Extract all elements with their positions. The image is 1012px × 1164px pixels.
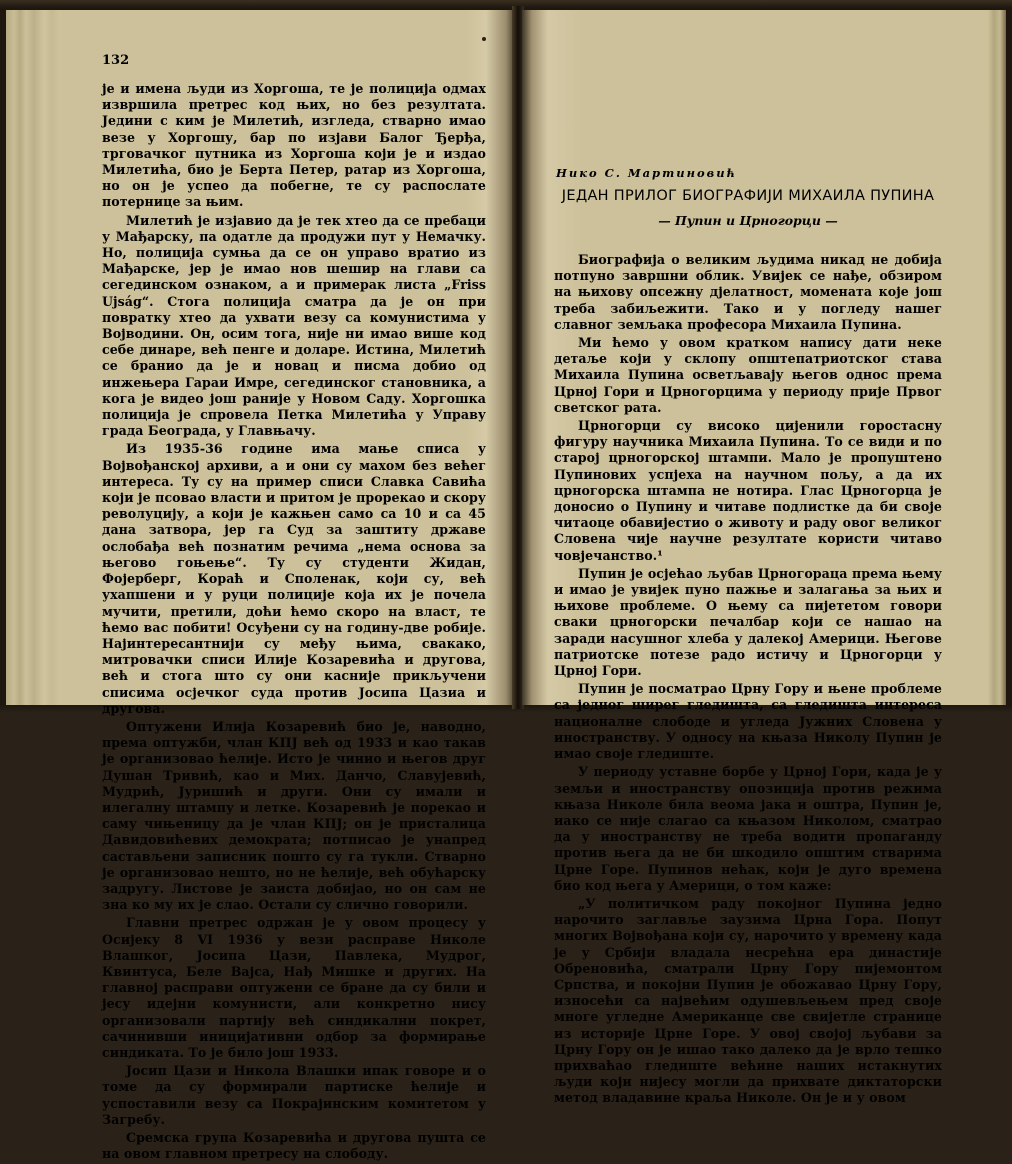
paragraph: Биографија о великим људима никад не доб… xyxy=(554,252,942,333)
paragraph: Из 1935-36 године има мање списа у Војво… xyxy=(102,441,486,713)
open-book-scan: 132 је и имена људи из Хоргоша, те је по… xyxy=(0,0,1012,713)
paragraph: Црногорци су високо цијенили горостасну … xyxy=(554,418,942,564)
page-number: 132 xyxy=(102,53,129,68)
article-author: Нико С. Мартиновић xyxy=(556,166,737,180)
paragraph: је и имена људи из Хоргоша, те је полици… xyxy=(102,81,486,211)
paragraph: Пупин је осјећао љубав Црногораца према … xyxy=(554,566,942,679)
paragraph: Ми ћемо у овом кратком напису дати неке … xyxy=(554,335,942,416)
article-title: ЈЕДАН ПРИЛОГ БИОГРАФИЈИ МИХАИЛА ПУПИНА xyxy=(554,188,942,204)
right-page-body: Биографија о великим људима никад не доб… xyxy=(554,252,942,713)
paragraph: Пупин је посматрао Црну Гору и њене проб… xyxy=(554,681,942,713)
paragraph: Милетић је изјавио да је тек хтео да се … xyxy=(102,213,486,440)
article-subtitle: — Пупин и Црногорци — xyxy=(554,213,942,228)
left-page-body: је и имена људи из Хоргоша, те је полици… xyxy=(102,81,486,713)
paper-speck xyxy=(482,37,486,41)
